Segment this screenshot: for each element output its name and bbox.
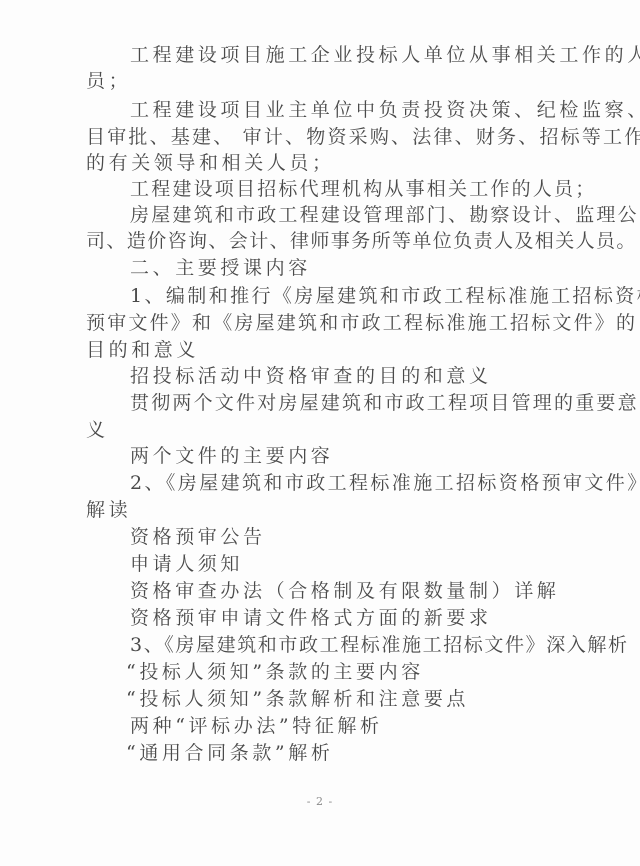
paragraph-line: 招投标活动中资格审查的目的和意义 [130, 363, 600, 389]
list-item: 申请人须知 [130, 551, 600, 577]
list-item: 资格预审申请文件格式方面的新要求 [130, 605, 600, 631]
paragraph-line: 贯彻两个文件对房屋建筑和市政工程项目管理的重要意 [130, 390, 600, 416]
paragraph-line: 司、造价咨询、会计、律师事务所等单位负责人及相关人员。 [86, 228, 556, 254]
paragraph-line: 解读 [86, 497, 556, 523]
paragraph-line: 的有关领导和相关人员； [86, 150, 556, 176]
paragraph-line: 义 [86, 417, 556, 443]
list-item: “投标人须知”条款的主要内容 [126, 659, 596, 685]
list-item: “通用合同条款”解析 [126, 740, 596, 766]
document-page: 工程建设项目施工企业投标人单位从事相关工作的人 员； 工程建设项目业主单位中负责… [0, 0, 640, 866]
section-heading: 二、主要授课内容 [130, 255, 600, 281]
page-number: - 2 - [0, 795, 640, 808]
paragraph-line: 3、《房屋建筑和市政工程标准施工招标文件》深入解析 [130, 632, 600, 658]
paragraph-line: 目审批、基建、 审计、物资采购、法律、财务、招标等工作 [86, 124, 556, 150]
paragraph-line: 员； [86, 68, 556, 94]
list-item: “投标人须知”条款解析和注意要点 [126, 686, 596, 712]
paragraph-line: 预审文件》和《房屋建筑和市政工程标准施工招标文件》的 [86, 310, 556, 336]
paragraph-line: 工程建设项目招标代理机构从事相关工作的人员； [130, 176, 600, 202]
paragraph-line: 房屋建筑和市政工程建设管理部门、勘察设计、监理公 [130, 202, 600, 228]
paragraph-line: 工程建设项目业主单位中负责投资决策、纪检监察、项 [130, 97, 600, 123]
paragraph-line: 2、《房屋建筑和市政工程标准施工招标资格预审文件》 [130, 470, 600, 496]
paragraph-line: 两个文件的主要内容 [130, 443, 600, 469]
paragraph-line: 目的和意义 [86, 337, 556, 363]
paragraph-line: 工程建设项目施工企业投标人单位从事相关工作的人 [130, 42, 600, 68]
list-item: 资格审查办法（合格制及有限数量制）详解 [130, 578, 600, 604]
paragraph-line: 1、编制和推行《房屋建筑和市政工程标准施工招标资格 [130, 283, 600, 309]
list-item: 两种“评标办法”特征解析 [130, 713, 600, 739]
list-item: 资格预审公告 [130, 524, 600, 550]
